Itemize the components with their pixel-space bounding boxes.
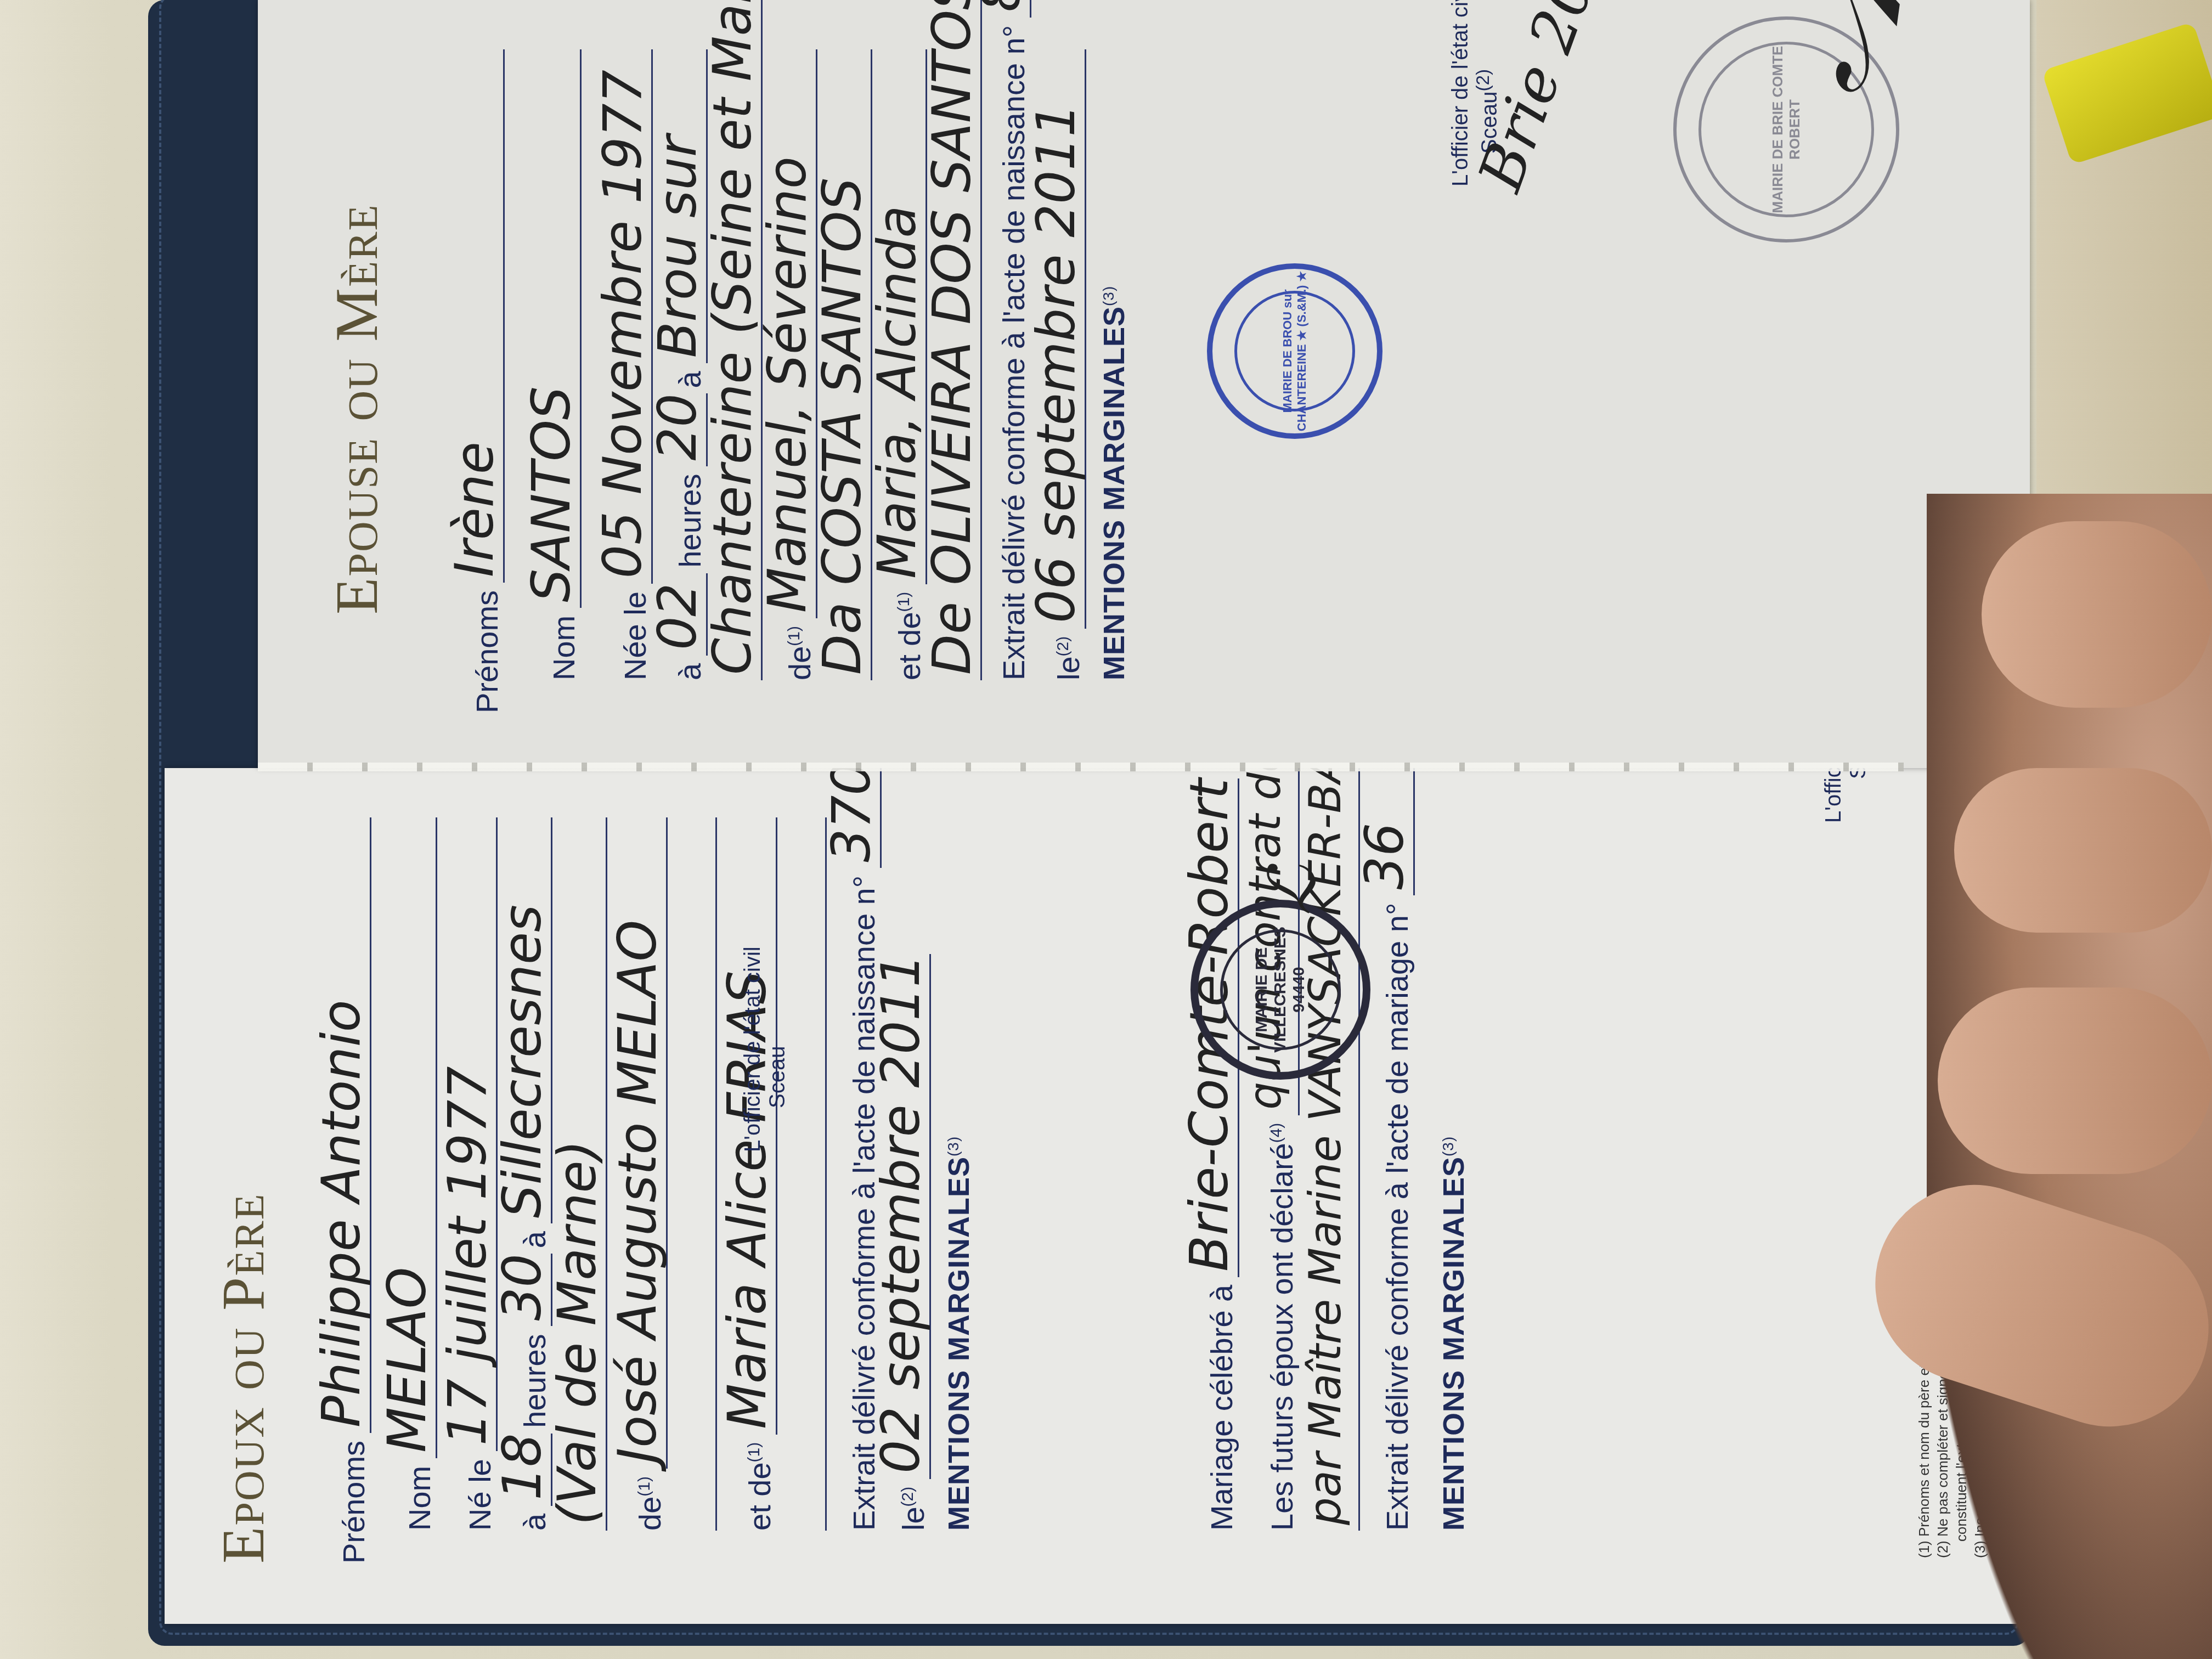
husband-birthdate-value: 17 juillet 1977 [441, 817, 498, 1451]
wife-birthdate-field: Née le 05 Novembre 1977 [582, 49, 653, 713]
finger [1954, 768, 2212, 933]
page-husband-marriage: Epoux ou Père Prénoms Philippe Antonio N… [165, 768, 2030, 1624]
wife-mentions-heading: MENTIONS MARGINALES(3) [1097, 49, 1131, 713]
page-wife: Epouse ou Mère Prénoms Irène Nom SANTOS … [258, 0, 2030, 768]
wife-prenoms-value: Irène [448, 49, 505, 583]
wife-birthplace-dept: Chantereine (Seine et Marne) [706, 0, 763, 680]
wife-extract-field: Extrait délivré conforme à l'acte de nai… [982, 49, 1031, 713]
wife-birthtime-field: à 02 heures 20 à Brou sur [653, 49, 708, 713]
finger [1982, 521, 2212, 708]
husband-nom-value: MELAO [381, 817, 437, 1458]
wife-father-value-2: Da COSTA SANTOS [816, 49, 872, 680]
marriage-extract-number: 36 [1358, 768, 1415, 895]
wife-mother-field: et de(1) Maria, Alcinda [872, 49, 927, 713]
wife-mother-value-2: De OLIVEIRA DOS SANTOS [926, 0, 982, 680]
husband-extract-date-field: le(2) 02 septembre 2011 [882, 817, 931, 1564]
wife-father-value: Manuel, Séverino [761, 49, 817, 618]
husband-mother-field: et de(1) Maria Alice FRIAS [717, 817, 777, 1564]
wife-nom-field: Nom SANTOS [505, 49, 582, 713]
wife-mother-value: Maria, Alcinda [871, 49, 927, 584]
husband-mentions-heading: MENTIONS MARGINALES(3) [942, 817, 976, 1564]
wife-birthdate-value: 05 Novembre 1977 [596, 49, 653, 584]
marriage-extract-field: Extrait délivré conforme à l'acte de mar… [1360, 817, 1415, 1564]
husband-birthplace-value: Sillecresnes [496, 817, 552, 1223]
marriage-officer-label: L'officier de l'état civil Sceau [1821, 768, 1871, 823]
husband-title: Epoux ou Père [208, 817, 278, 1564]
wife-extract-number: 823 [975, 0, 1031, 18]
villecresnes-stamp: MAIRIE DE VILLECRESNES 94440 [1190, 900, 1370, 1080]
wife-prenoms-field: Prénoms Irène [433, 49, 505, 713]
husband-officer-label: L'officier de l'état civil Sceau [741, 946, 790, 1152]
wife-father-field: de(1) Manuel, Séverino [763, 49, 817, 713]
husband-extract-date-value: 02 septembre 2011 [874, 954, 931, 1479]
wife-title-row: Epouse ou Mère [280, 49, 433, 713]
husband-extract-number: 370 [825, 768, 882, 868]
booklet-spread: Epoux ou Père Prénoms Philippe Antonio N… [0, 0, 2212, 1659]
husband-father-field: de(1) José Augusto MELAO [607, 817, 668, 1564]
wife-extract-date-value: 06 septembre 2011 [1030, 49, 1086, 629]
husband-nom-field: Nom MELAO [371, 817, 437, 1564]
wife-birthplace-value: Brou sur [651, 49, 708, 363]
husband-birthplace-dept: (Val de Marne) [551, 817, 607, 1531]
husband-birthdate-field: Né le 17 juillet 1977 [437, 817, 498, 1564]
husband-prenoms-field: Prénoms Philippe Antonio [300, 817, 371, 1564]
wife-title: Epouse ou Mère [322, 204, 392, 614]
wife-extract-date-field: le(2) 06 septembre 2011 [1031, 49, 1086, 713]
marriage-mentions-heading: MENTIONS MARGINALES(3) [1437, 817, 1471, 1564]
brou-chantereine-stamp: MAIRIE DE BROU sur CHANTEREINE ★ (S.&M.)… [1207, 263, 1383, 439]
page-fold-stitching [258, 763, 1904, 771]
husband-birthtime-field: à 18 heures 30 à Sillecresnes [498, 817, 552, 1564]
finger [1938, 988, 2212, 1174]
wife-nom-value: SANTOS [525, 49, 582, 608]
husband-father-value: José Augusto MELAO [611, 817, 668, 1469]
husband-prenoms-value: Philippe Antonio [315, 817, 371, 1433]
